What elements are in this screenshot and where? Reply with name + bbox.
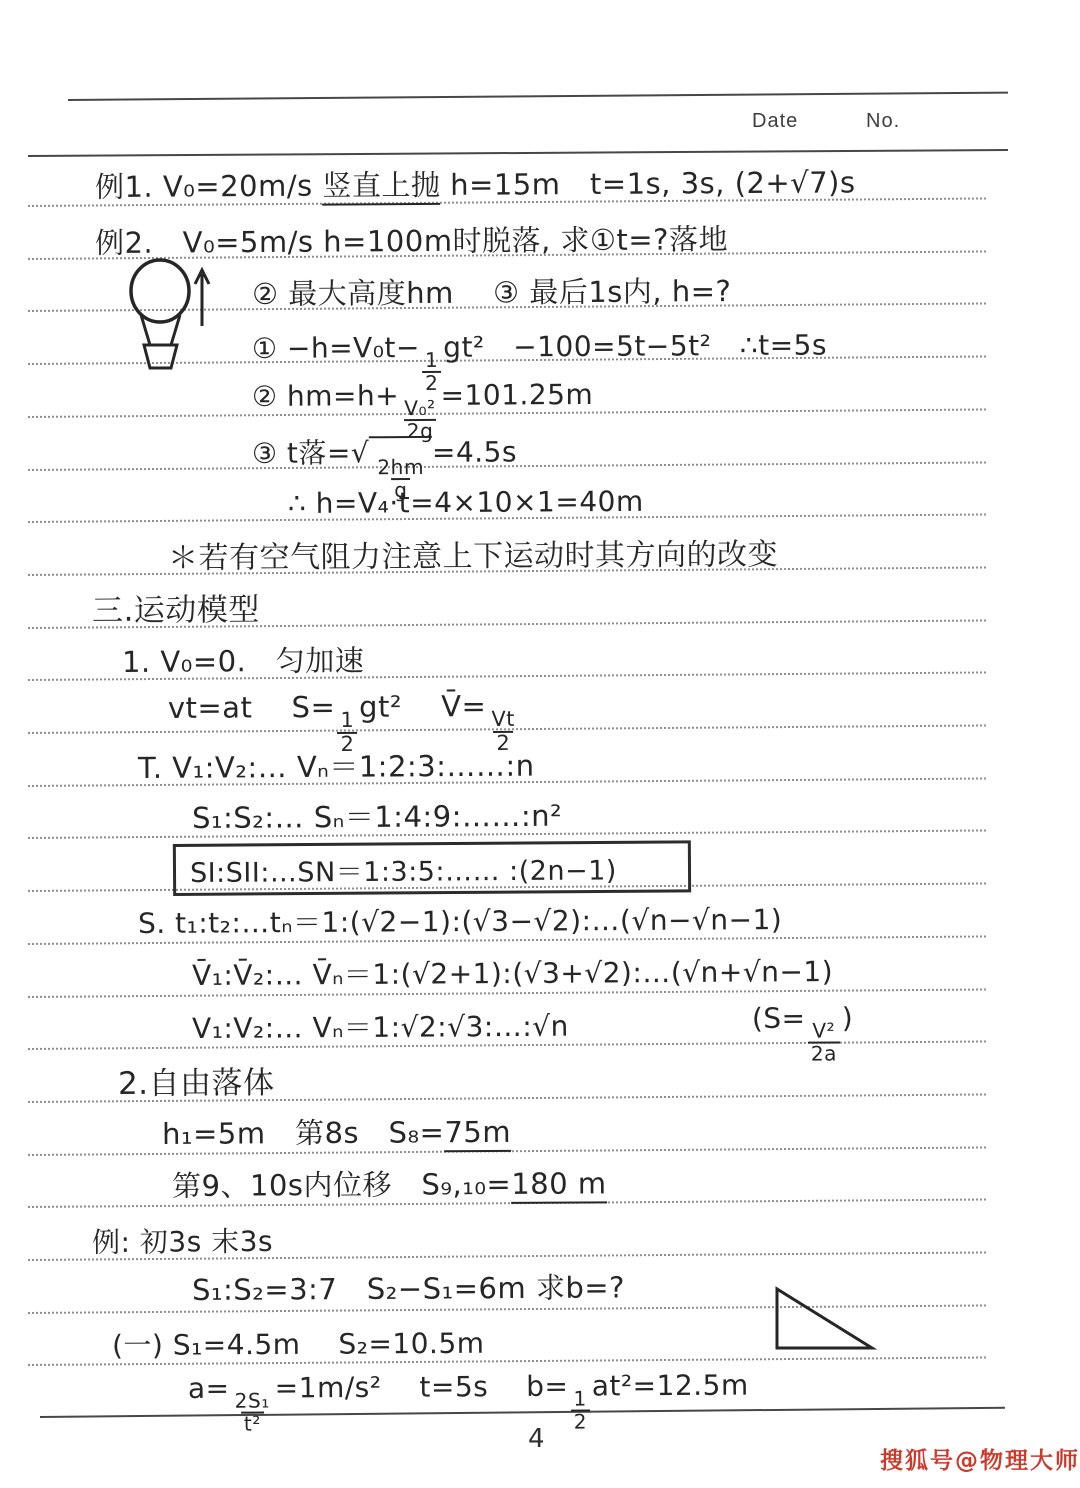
- note-line-questions-2-3: ② 最大高度hm ③ 最后1s内, h=?: [252, 269, 732, 313]
- note-line-ratio-time: S. t₁:t₂:…tₙ＝1:(√2−1):(√3−√2):…(√n−√n−1): [138, 898, 782, 942]
- note-line-freefall2: 第9、10s内位移 S₉,₁₀=180 m: [172, 1161, 607, 1205]
- note-line-ratio-v-sqrt: V₁:V₂:… Vₙ＝1:√2:√3:…:√n: [192, 1005, 569, 1047]
- note-line-freefall1: h₁=5m 第8s S₈=75m: [162, 1110, 511, 1153]
- note-line-ratio-boxed: SI:SII:…SN＝1:3:5:…… :(2n−1): [190, 848, 617, 890]
- note-line-example1: 例1. V₀=20m/s 竖直上抛 h=15m t=1s, 3s, (2+√7)…: [95, 160, 856, 206]
- notebook-page: Date No. 例1. V₀=20m/s 竖直上抛 h=15m t=1s, 3…: [0, 0, 1080, 1488]
- top-border-line: [68, 92, 1008, 101]
- note-heading-free-fall: 2.自由落体: [118, 1057, 275, 1103]
- note-line-mid1: S₁:S₂=3:7 S₂−S₁=6m 求b=?: [192, 1265, 625, 1309]
- hot-air-balloon-sketch: [122, 258, 222, 374]
- page-number: 4: [528, 1424, 545, 1454]
- header-border-line: [28, 149, 1008, 157]
- note-line-example2: 例2. V₀=5m/s h=100m时脱落, 求①t=?落地: [95, 217, 728, 262]
- note-line-ratio-distance: S₁:S₂:… Sₙ＝1:4:9:……:n²: [192, 794, 562, 837]
- note-line-model1: 1. V₀=0. 匀加速: [122, 639, 365, 681]
- note-line-mid2: (一) S₁=4.5m S₂=10.5m: [112, 1322, 485, 1364]
- note-line-example-mid: 例: 初3s 末3s: [92, 1220, 273, 1261]
- date-label: Date: [752, 110, 798, 133]
- right-triangle-sketch: [768, 1284, 886, 1358]
- watermark: 搜狐号@物理大师: [880, 1442, 1080, 1475]
- note-line-mid3: a=2S₁t²=1m/s² t=5s b=12at²=12.5m: [188, 1364, 749, 1436]
- no-label: No.: [866, 110, 900, 133]
- note-line-ratio-velocity: T. V₁:V₂:… Vₙ＝1:2:3:……:n: [138, 744, 535, 787]
- note-heading-motion-models: 三.运动模型: [92, 584, 260, 630]
- note-line-s-formula: (S=V²2a): [752, 1001, 854, 1065]
- note-line-ratio-avg-velocity: V̄₁:V̄₂:… V̄ₙ＝1:(√2+1):(√3+√2):…(√n+√n−1…: [192, 950, 833, 994]
- note-line-solution3b: ∴ h=V₄·t=4×10×1=40m: [288, 485, 644, 520]
- note-line-air-resistance: ＊若有空气阻力注意上下运动时其方向的改变: [168, 529, 778, 577]
